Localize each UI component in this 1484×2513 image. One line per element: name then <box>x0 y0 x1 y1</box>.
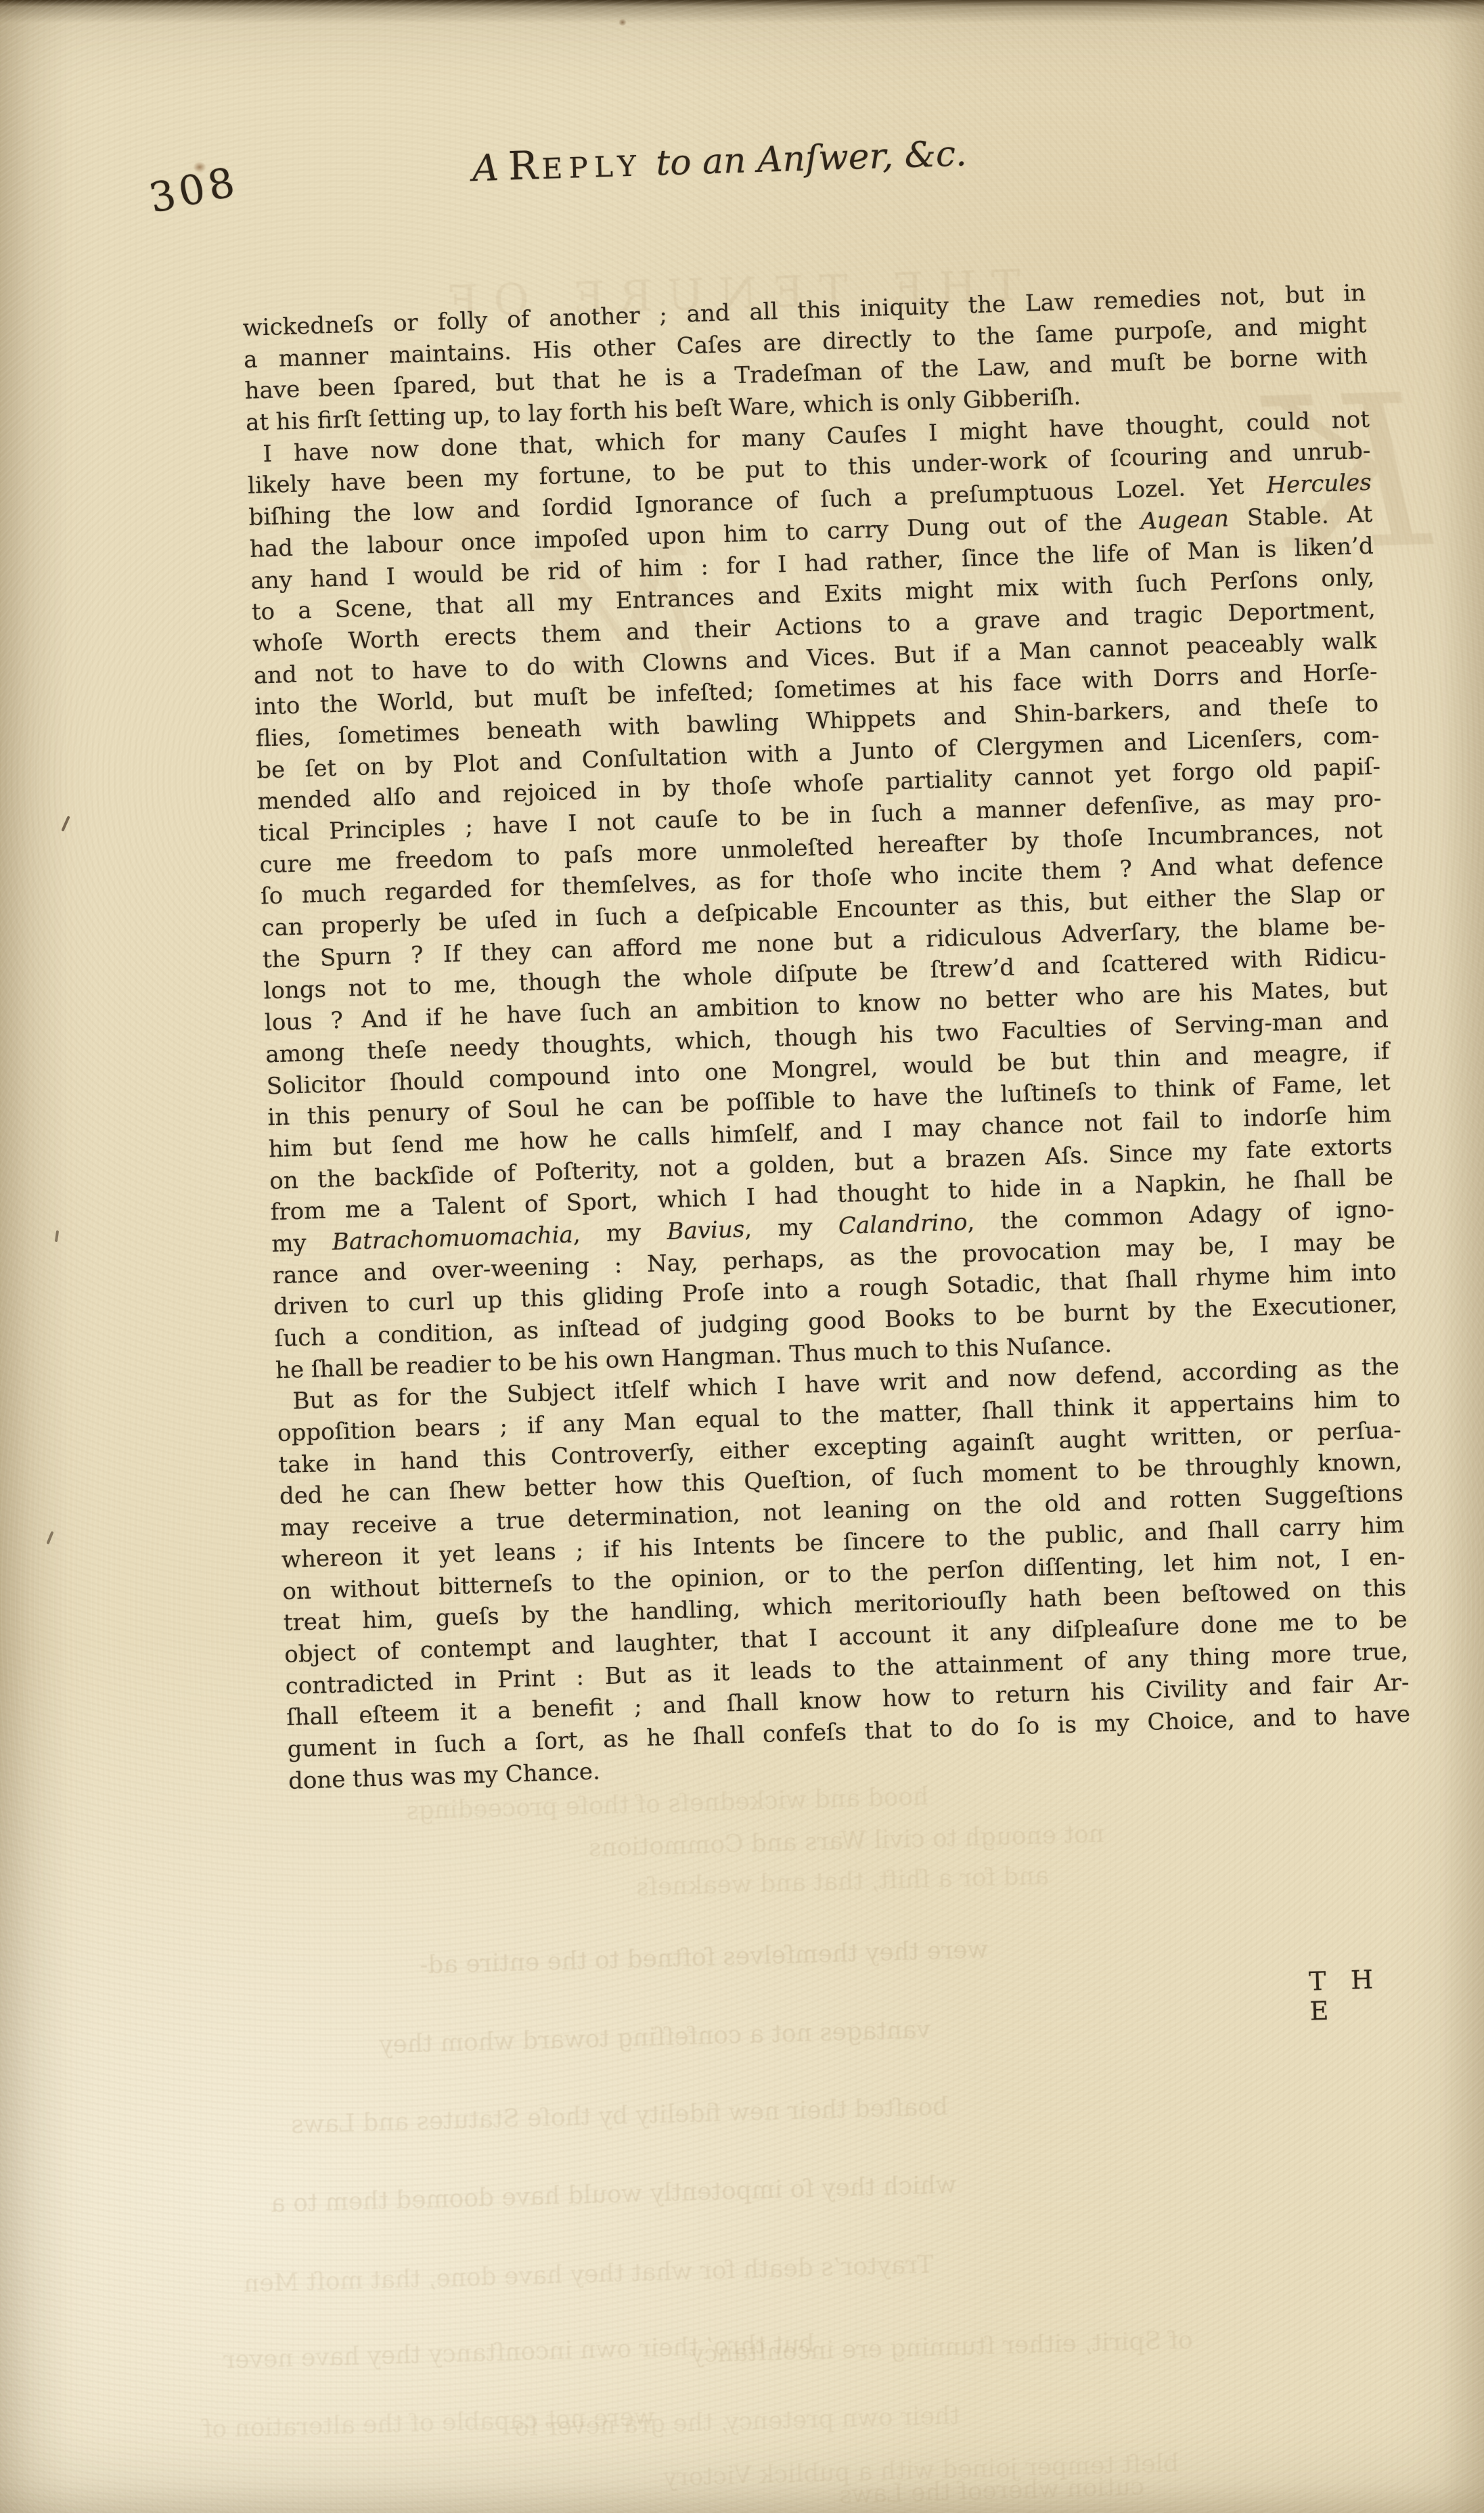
bleedthrough-line: were not capable of the alteration of <box>203 2403 656 2444</box>
bleedthrough-line: bleſt temper joined with a publick Victo… <box>663 2449 1179 2491</box>
paragraph: I have now done that, which for many Cau… <box>246 404 1399 1387</box>
header-title-word: REPLY <box>508 139 643 189</box>
running-header: AREPLYto an Anſwer, &c. <box>158 119 1282 200</box>
ink-speck <box>61 816 70 832</box>
ink-speck <box>55 1230 59 1242</box>
catchword: T H E <box>1309 1963 1420 2026</box>
bleedthrough-line: but thro’ their own inconſtancy they hav… <box>223 2330 815 2374</box>
bleedthrough-line: and for a ſhift, that and weakneſs <box>636 1862 1050 1901</box>
header-initial: A <box>472 146 509 190</box>
bleedthrough-line: boaſted their new fidelity by thoſe Stat… <box>291 2093 949 2139</box>
bleedthrough-line: were they themſelves ſoftned to the enti… <box>420 1936 989 1979</box>
bleedthrough-line: of Spirit, either ſtunning ere inconſtan… <box>690 2327 1193 2369</box>
bleedthrough-line: vantages not a confeſſing toward whom th… <box>379 2016 931 2060</box>
paragraph: But as for the Subject itſelf which I ha… <box>276 1351 1412 1797</box>
bleedthrough-line: their own pretency, the gra never ſo <box>514 2402 961 2442</box>
book-page-scan: THE TENURE OFKMwere they themſelves ſoft… <box>0 0 1484 2513</box>
bleedthrough-line: Traytor’s death for what they have done,… <box>244 2251 934 2298</box>
header-title-rest: to an Anſwer, &c. <box>642 133 967 184</box>
printed-area: 308 AREPLYto an Anſwer, &c. wickedneſs o… <box>242 277 1412 1797</box>
bleedthrough-line: not enough to civil Wars and Commotions <box>589 1820 1105 1862</box>
body-text: wickedneſs or folly of another ; and all… <box>242 277 1412 1797</box>
bleedthrough-line: which they ſo impotently would have doom… <box>271 2171 958 2218</box>
ink-speck <box>46 1531 53 1544</box>
stain <box>617 18 628 27</box>
bleedthrough-line: cution whereof the Laws <box>839 2473 1145 2510</box>
